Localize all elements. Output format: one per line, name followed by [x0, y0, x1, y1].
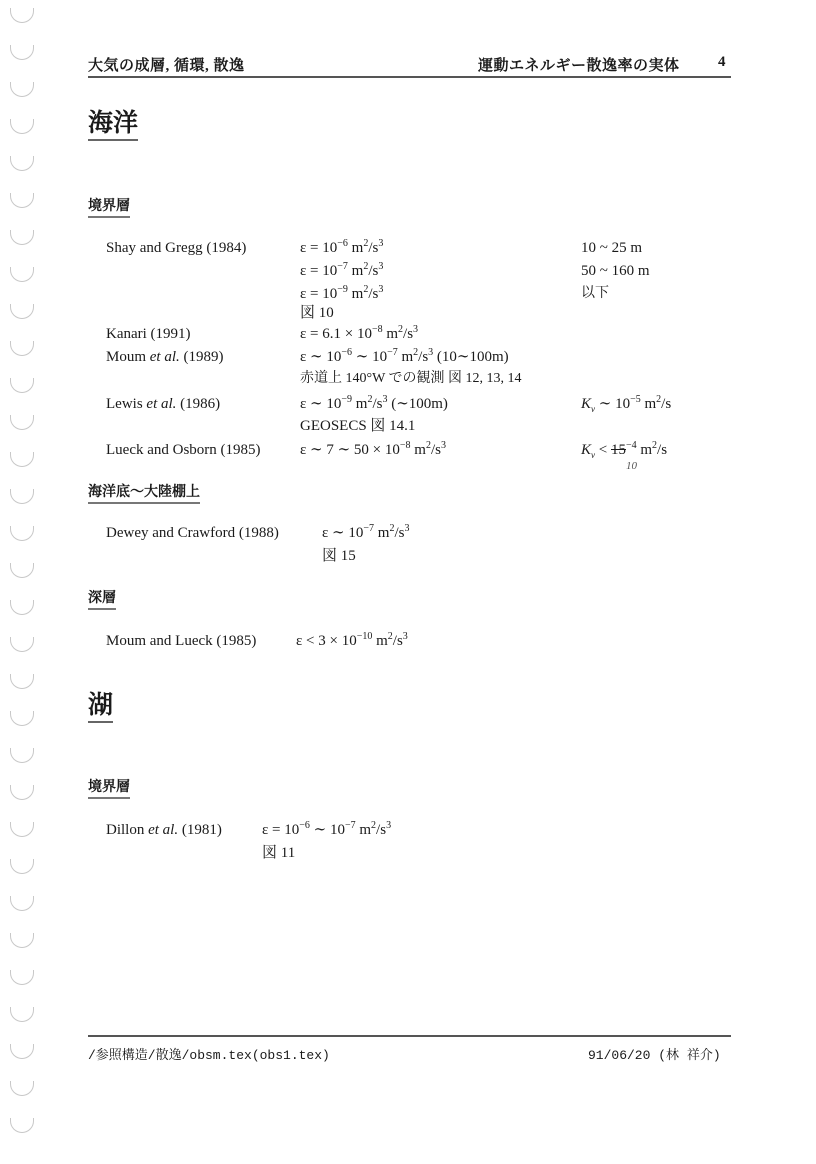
binder-ring: [10, 1007, 34, 1022]
binder-holes: [0, 0, 40, 1164]
author-moum: Moum et al. (1989): [106, 350, 224, 365]
value-line: ε = 10−6 ∼ 10−7 m2/s3: [262, 823, 391, 838]
value-line: ε = 6.1 × 10−8 m2/s3: [300, 327, 418, 342]
value-line: ε ∼ 10−9 m2/s3 (∼100m): [300, 397, 448, 412]
author-lueck-osborn: Lueck and Osborn (1985): [106, 443, 261, 458]
binder-ring: [10, 415, 34, 430]
binder-ring: [10, 82, 34, 97]
binder-ring: [10, 674, 34, 689]
running-header-left: 大気の成層, 循環, 散逸: [88, 54, 245, 75]
binder-ring: [10, 637, 34, 652]
note-line: Kv ∼ 10−5 m2/s: [581, 397, 671, 414]
note-line: 10 ~ 25 m: [581, 241, 642, 256]
running-header-right: 運動エネルギー散逸率の実体: [478, 54, 680, 75]
binder-ring: [10, 785, 34, 800]
subsection-title-ocean-floor: 海洋底〜大陸棚上: [88, 485, 200, 504]
subsection-title-deep-layer: 深層: [88, 591, 116, 610]
note-line: 以下: [581, 287, 609, 301]
binder-ring: [10, 600, 34, 615]
footer-rule: [88, 1035, 731, 1037]
binder-ring: [10, 859, 34, 874]
binder-ring: [10, 8, 34, 23]
figure-ref: 図 15: [322, 549, 356, 564]
binder-ring: [10, 341, 34, 356]
header-rule: [88, 76, 731, 78]
page-number: 4: [718, 54, 726, 71]
binder-ring: [10, 267, 34, 282]
binder-ring: [10, 378, 34, 393]
value-line: ε ∼ 10−7 m2/s3: [322, 526, 409, 541]
binder-ring: [10, 304, 34, 319]
value-line: 赤道上 140°W での観測 図 12, 13, 14: [300, 372, 522, 386]
value-line: ε = 10−7 m2/s3: [300, 264, 383, 279]
binder-ring: [10, 896, 34, 911]
binder-ring: [10, 489, 34, 504]
value-line: ε = 10−9 m2/s3: [300, 287, 383, 302]
section-title-ocean: 海洋: [88, 110, 138, 141]
value-line: ε < 3 × 10−10 m2/s3: [296, 634, 408, 649]
note-line: 50 ~ 160 m: [581, 264, 650, 279]
subsection-title-boundary-layer: 境界層: [88, 199, 130, 218]
binder-ring: [10, 563, 34, 578]
figure-ref: 図 10: [300, 306, 334, 321]
binder-ring: [10, 452, 34, 467]
binder-ring: [10, 933, 34, 948]
binder-ring: [10, 119, 34, 134]
binder-ring: [10, 970, 34, 985]
figure-ref: 図 11: [262, 846, 295, 861]
handwritten-correction: 10: [626, 460, 637, 472]
binder-ring: [10, 822, 34, 837]
binder-ring: [10, 1118, 34, 1133]
author-dillon: Dillon et al. (1981): [106, 823, 222, 838]
note-line: Kv < 15−4 m2/s: [581, 443, 667, 460]
binder-ring: [10, 45, 34, 60]
binder-ring: [10, 1044, 34, 1059]
author-shay-gregg: Shay and Gregg (1984): [106, 241, 246, 256]
binder-ring: [10, 711, 34, 726]
binder-ring: [10, 1081, 34, 1096]
footer-file-path: /参照構造/散逸/obsm.tex(obs1.tex): [88, 1044, 330, 1063]
author-lewis: Lewis et al. (1986): [106, 397, 220, 412]
footer-date-author: 91/06/20 (林 祥介): [588, 1044, 721, 1063]
binder-ring: [10, 193, 34, 208]
value-line: GEOSECS 図 14.1: [300, 419, 415, 434]
value-line: ε ∼ 10−6 ∼ 10−7 m2/s3 (10∼100m): [300, 350, 509, 365]
author-moum-lueck: Moum and Lueck (1985): [106, 634, 256, 649]
author-kanari: Kanari (1991): [106, 327, 191, 342]
binder-ring: [10, 230, 34, 245]
binder-ring: [10, 526, 34, 541]
binder-ring: [10, 156, 34, 171]
author-dewey-crawford: Dewey and Crawford (1988): [106, 526, 279, 541]
binder-ring: [10, 748, 34, 763]
value-line: ε = 10−6 m2/s3: [300, 241, 383, 256]
value-line: ε ∼ 7 ∼ 50 × 10−8 m2/s3: [300, 443, 446, 458]
section-title-lake: 湖: [88, 692, 113, 723]
subsection-title-boundary-layer-lake: 境界層: [88, 780, 130, 799]
